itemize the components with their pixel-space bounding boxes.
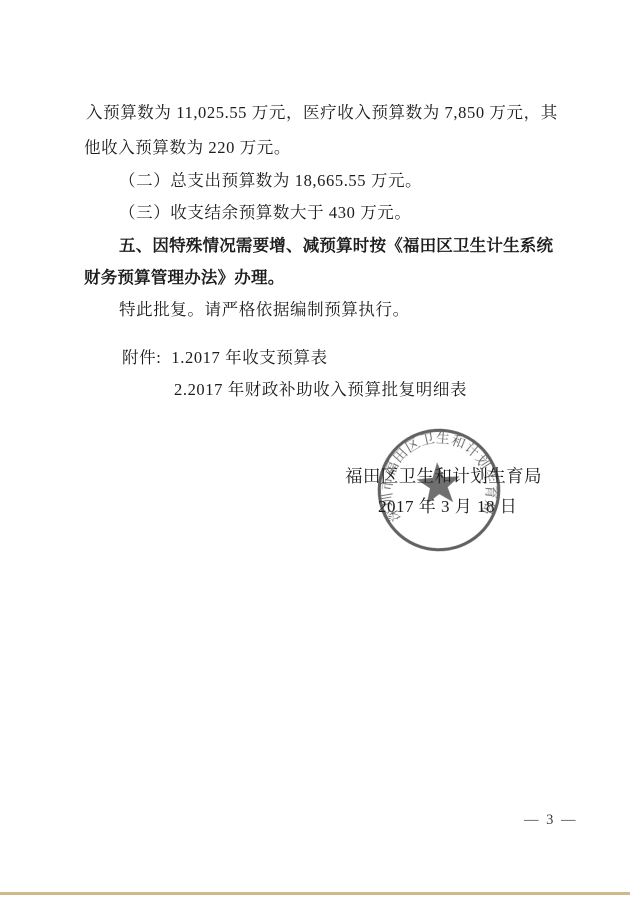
scan-page-edge <box>0 892 630 895</box>
body-line: 特此批复。请严格依据编制预算执行。 <box>119 300 410 320</box>
body-line-heading: 五、因特殊情况需要增、减预算时按《福田区卫生计生系统 <box>119 236 553 256</box>
page-number: — 3 — <box>524 812 578 829</box>
document-page: 入预算数为 11,025.55 万元，医疗收入预算数为 7,850 万元，其 他… <box>0 0 630 897</box>
attachment-item: 2.2017 年财政补助收入预算批复明细表 <box>174 380 467 399</box>
body-line: 入预算数为 11,025.55 万元，医疗收入预算数为 7,850 万元，其 <box>86 103 558 123</box>
issuer-name: 福田区卫生和计划生育局 <box>345 466 542 487</box>
attachment-line: 附件:1.2017 年收支预算表 <box>122 348 328 368</box>
body-line: 他收入预算数为 220 万元。 <box>84 138 291 158</box>
body-line: （三）收支结余预算数大于 430 万元。 <box>119 203 412 223</box>
attachment-label: 附件: <box>122 348 161 367</box>
official-seal: 深圳市福田区卫生和计划生育局 <box>368 417 509 564</box>
issue-date: 2017 年 3 月 18 日 <box>378 497 517 517</box>
attachment-line: 2.2017 年财政补助收入预算批复明细表 <box>174 380 467 400</box>
body-line-heading: 财务预算管理办法》办理。 <box>84 268 284 288</box>
attachment-item: 1.2017 年收支预算表 <box>171 348 327 367</box>
body-line: （二）总支出预算数为 18,665.55 万元。 <box>119 171 422 191</box>
